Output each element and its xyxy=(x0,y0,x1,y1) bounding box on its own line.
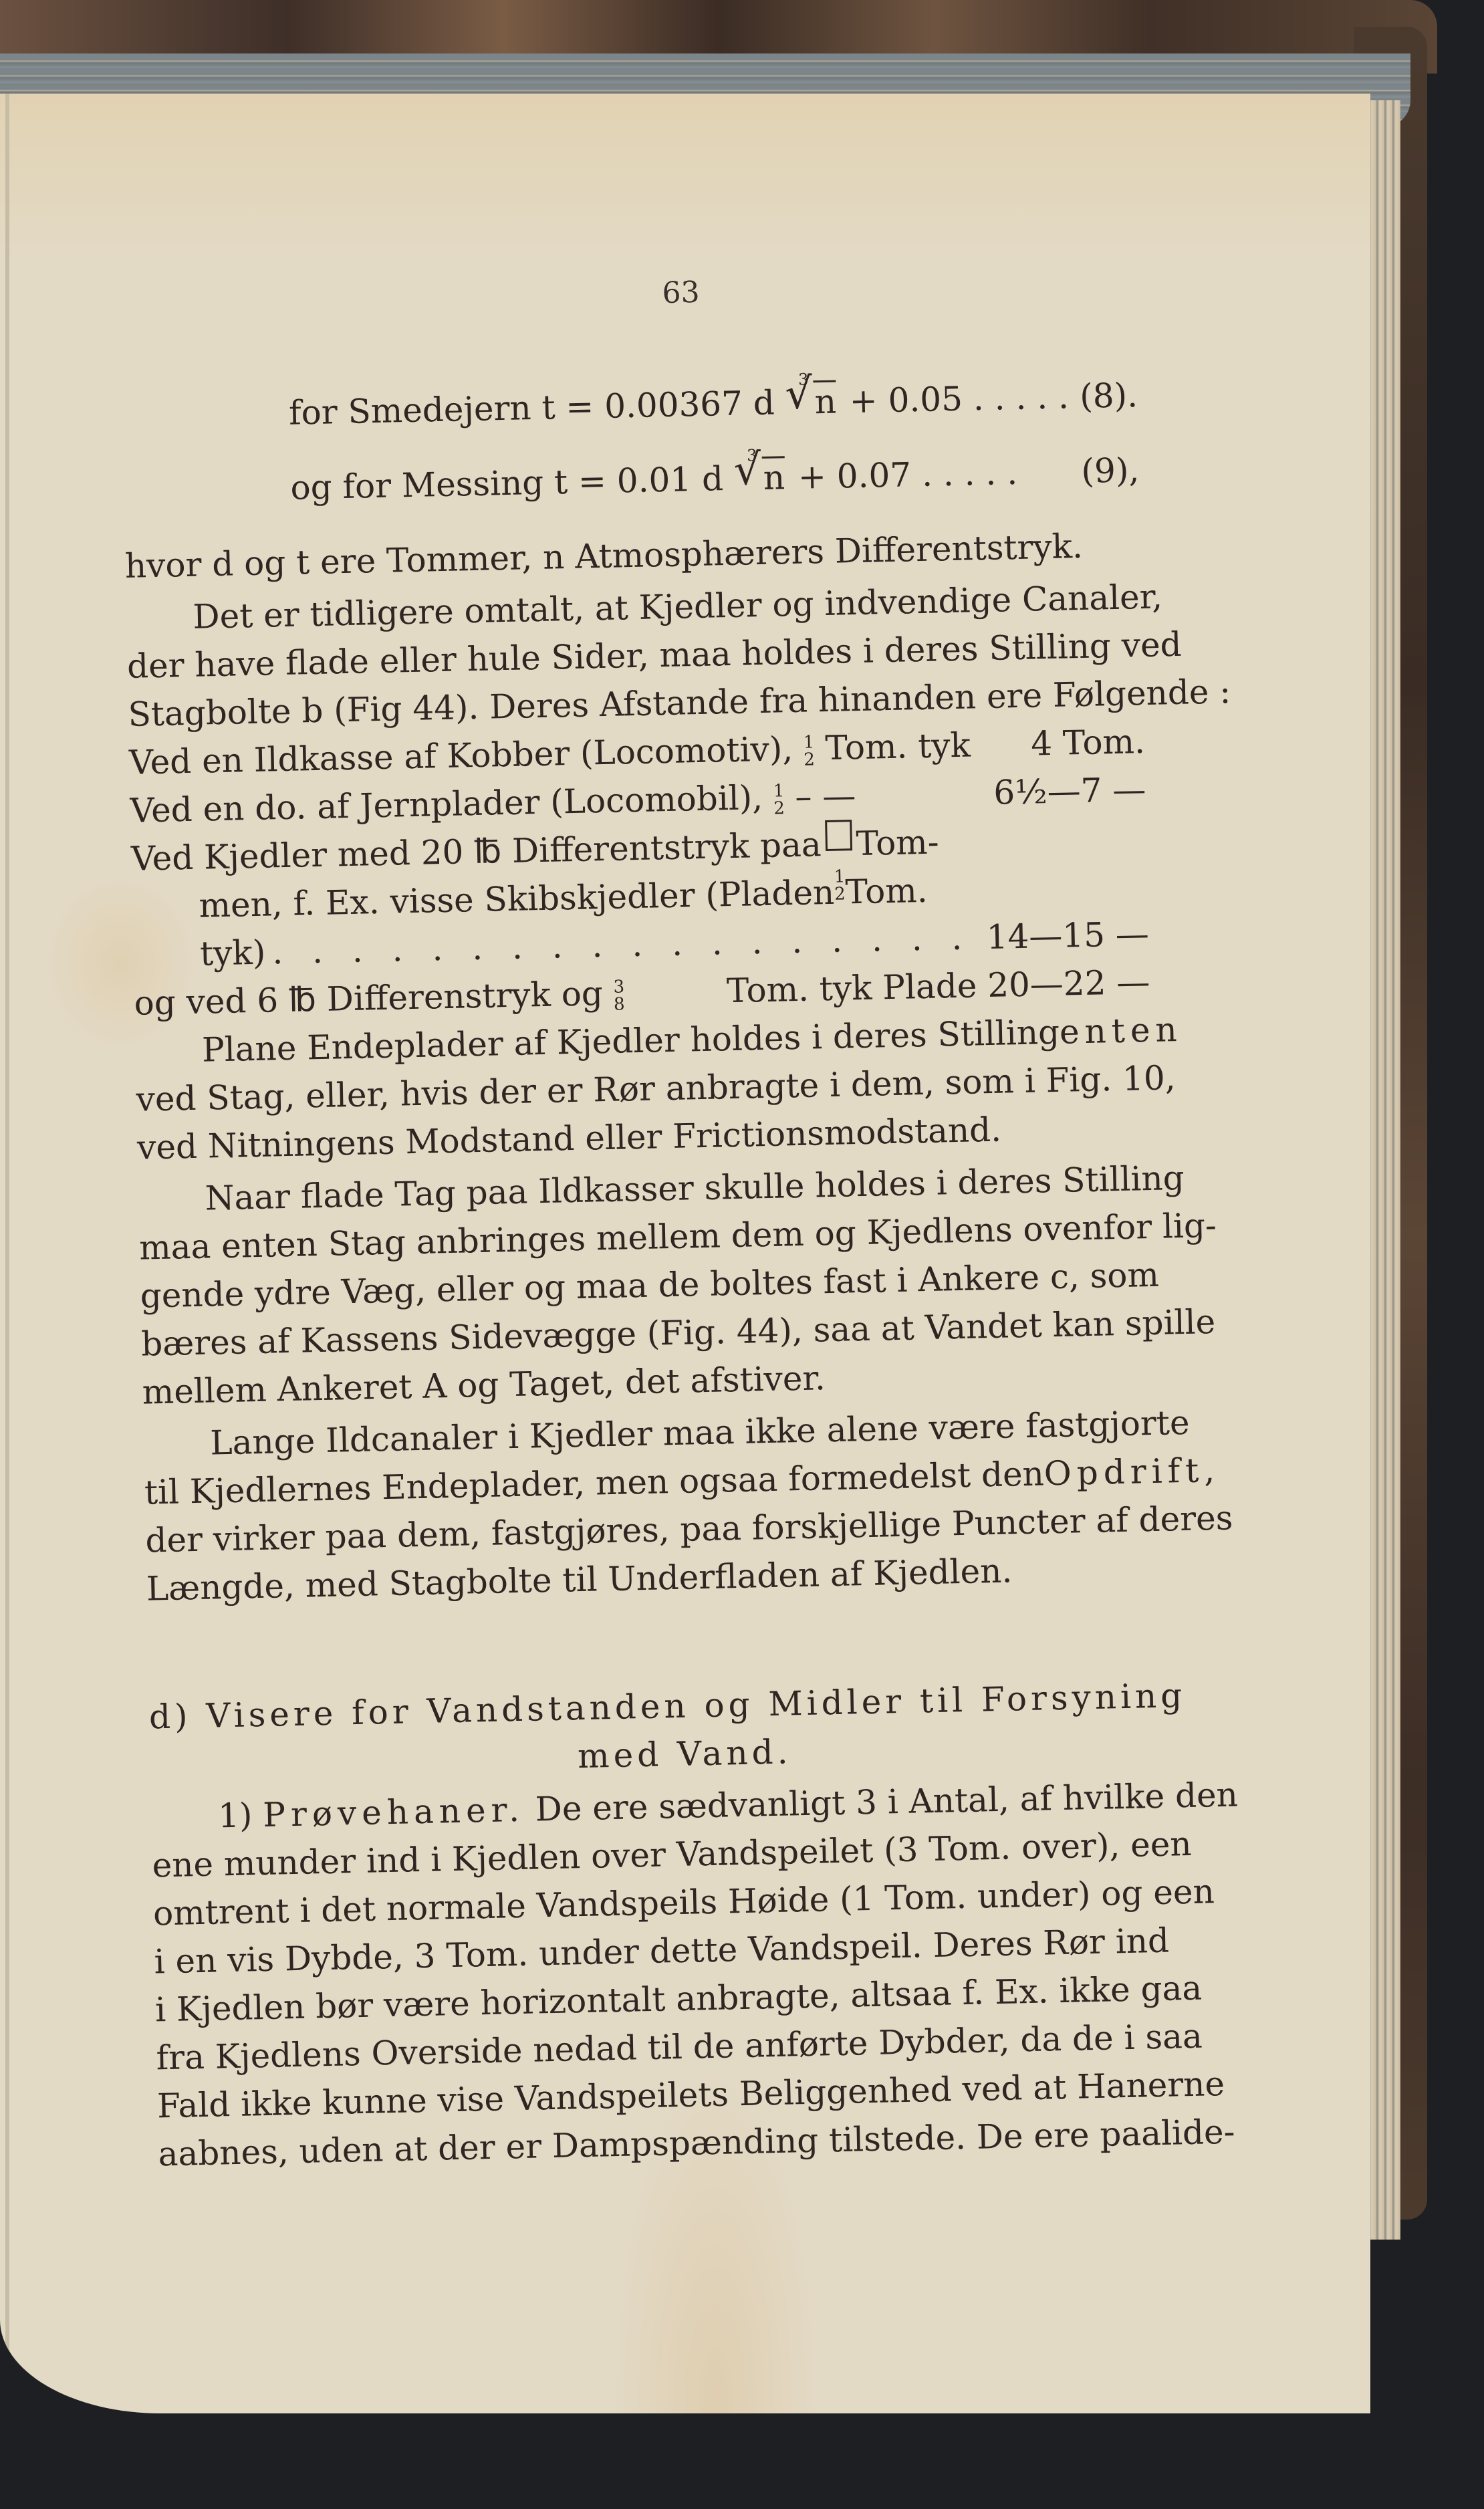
formula-label: for Smedejern t = 0.00367 d xyxy=(289,384,775,433)
formula-label: og for Messing t = 0.01 d xyxy=(290,459,724,507)
cube-root: 3 √ n xyxy=(785,377,840,427)
emphasis: enten xyxy=(1059,1005,1183,1056)
page-text: 63 for Smedejern t = 0.00367 d 3 √ n + 0… xyxy=(119,259,1174,2178)
square-symbol-icon xyxy=(825,820,852,851)
formula-8: for Smedejern t = 0.00367 d 3 √ n + 0.05… xyxy=(121,371,1138,441)
fraction: 12 xyxy=(834,868,846,916)
equation-number: (8). xyxy=(1079,371,1138,421)
table-value: 14—15 — xyxy=(986,910,1150,961)
page-gutter-edge xyxy=(5,94,9,2413)
equation-number: (9), xyxy=(1081,446,1140,495)
page-number: 63 xyxy=(226,259,1136,326)
fraction: 12 xyxy=(773,782,785,817)
fraction: 12 xyxy=(803,733,816,768)
table-value: Tom. tyk Plade 20—22 — xyxy=(726,958,1150,1015)
radical-icon: √ xyxy=(785,374,813,414)
table-value: 4 Tom. xyxy=(1030,717,1145,768)
formula-9: og for Messing t = 0.01 d 3 √ n + 0.07 .… xyxy=(123,446,1140,515)
radical-icon: √ xyxy=(733,450,761,491)
emphasis: Opdrift, xyxy=(1043,1446,1221,1498)
book-page: 63 for Smedejern t = 0.00367 d 3 √ n + 0… xyxy=(0,94,1370,2413)
emphasis: Prøvehaner. xyxy=(263,1786,525,1839)
table-value: 6½—7 — xyxy=(993,765,1146,817)
fraction: 38 xyxy=(613,978,625,1013)
cube-root: 3 √ n xyxy=(733,453,788,503)
